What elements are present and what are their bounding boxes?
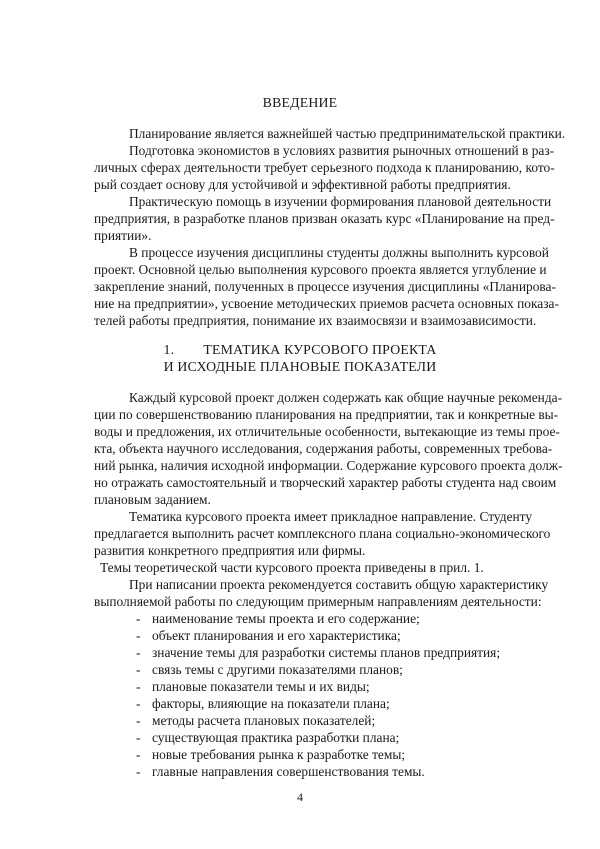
list-item: -новые требования рынка к разработке тем…: [136, 747, 405, 763]
list-item: -объект планирования и его характеристик…: [136, 628, 401, 644]
list-item: -факторы, влияющие на показатели плана;: [136, 696, 390, 712]
page-number: 4: [0, 790, 600, 805]
document-page: ВВЕДЕНИЕ Планирование является важнейшей…: [0, 0, 600, 849]
section-heading-line1: 1. ТЕМАТИКА КУРСОВОГО ПРОЕКТА: [0, 342, 600, 358]
intro-heading: ВВЕДЕНИЕ: [0, 95, 600, 111]
list-item: -значение темы для разработки системы пл…: [136, 645, 500, 661]
paragraph-line: Планирование является важнейшей частью п…: [129, 126, 514, 142]
paragraph-line: воды и предложения, их отличительные осо…: [94, 424, 514, 440]
paragraph-line: Тематика курсового проекта имеет приклад…: [129, 509, 514, 525]
dash-bullet-icon: -: [136, 713, 152, 729]
dash-bullet-icon: -: [136, 645, 152, 661]
paragraph-line: проект. Основной целью выполнения курсов…: [94, 262, 514, 278]
paragraph-line: Практическую помощь в изучении формирова…: [129, 194, 514, 210]
paragraph-line: В процессе изучения дисциплины студенты …: [129, 245, 514, 261]
dash-bullet-icon: -: [136, 764, 152, 780]
paragraph-line: ний рынка, наличия исходной информации. …: [94, 458, 514, 474]
dash-bullet-icon: -: [136, 679, 152, 695]
list-item: -главные направления совершенствования т…: [136, 764, 425, 780]
list-item: -существующая практика разработки плана;: [136, 730, 399, 746]
dash-bullet-icon: -: [136, 628, 152, 644]
paragraph-line: Подготовка экономистов в условиях развит…: [129, 143, 514, 159]
paragraph-line: При написании проекта рекомендуется сост…: [129, 577, 514, 593]
paragraph-line: приятии».: [94, 228, 514, 244]
paragraph-line: телей работы предприятия, понимание их в…: [94, 313, 514, 329]
paragraph-line: кта, объекта научного исследования, соде…: [94, 441, 514, 457]
paragraph-line: плановым заданием.: [94, 492, 514, 508]
paragraph-line: Темы теоретической части курсового проек…: [100, 560, 520, 576]
paragraph-line: личных сферах деятельности требует серье…: [94, 160, 514, 176]
dash-bullet-icon: -: [136, 730, 152, 746]
paragraph-line: закрепление знаний, полученных в процесс…: [94, 279, 514, 295]
list-item: -связь темы с другими показателями плано…: [136, 662, 403, 678]
list-item: -наименование темы проекта и его содержа…: [136, 611, 420, 627]
paragraph-line: ние на предприятии», усвоение методическ…: [94, 296, 514, 312]
section-heading-line2: И ИСХОДНЫЕ ПЛАНОВЫЕ ПОКАЗАТЕЛИ: [0, 359, 600, 375]
list-item: -плановые показатели темы и их виды;: [136, 679, 370, 695]
dash-bullet-icon: -: [136, 662, 152, 678]
dash-bullet-icon: -: [136, 747, 152, 763]
paragraph-line: предприятия, в разработке планов призван…: [94, 211, 514, 227]
paragraph-line: выполняемой работы по следующим примерны…: [94, 594, 514, 610]
dash-bullet-icon: -: [136, 611, 152, 627]
paragraph-line: рый создает основу для устойчивой и эффе…: [94, 177, 514, 193]
paragraph-line: ции по совершенствованию планирования на…: [94, 407, 514, 423]
paragraph-line: но отражать самостоятельный и творческий…: [94, 475, 514, 491]
paragraph-line: Каждый курсовой проект должен содержать …: [129, 390, 514, 406]
list-item: -методы расчета плановых показателей;: [136, 713, 375, 729]
paragraph-line: развития конкретного предприятия или фир…: [94, 543, 514, 559]
dash-bullet-icon: -: [136, 696, 152, 712]
paragraph-line: предлагается выполнить расчет комплексно…: [94, 526, 514, 542]
